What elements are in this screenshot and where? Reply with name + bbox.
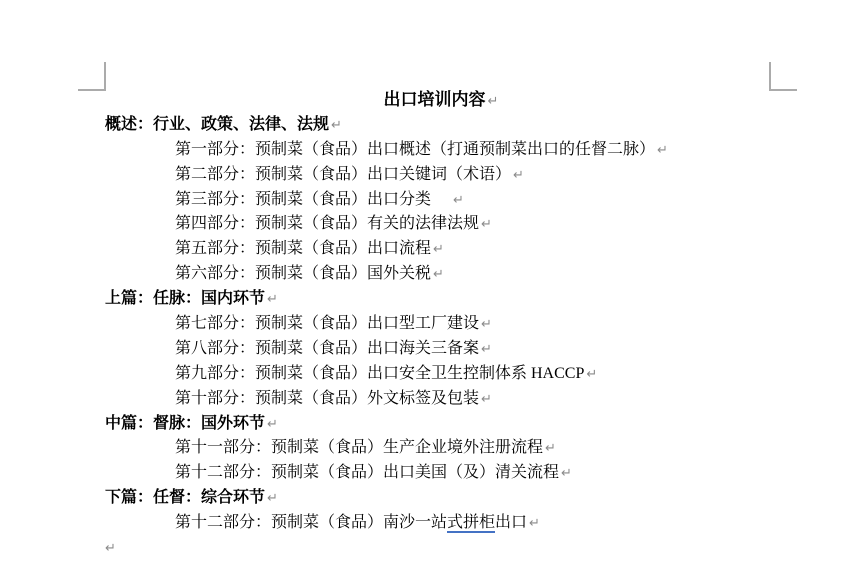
- line-text: 第七部分：预制菜（食品）出口型工厂建设: [175, 315, 479, 332]
- margin-cropmark-top-right: [769, 62, 797, 91]
- section-header-part-two: 中篇：督脉：国外环节↵: [105, 412, 777, 437]
- line-text: 第十部分：预制菜（食品）外文标签及包装: [175, 390, 479, 407]
- list-item-part-12-us: 第十二部分：预制菜（食品）出口美国（及）清关流程↵: [105, 461, 777, 486]
- paragraph-mark-icon: ↵: [657, 143, 668, 158]
- paragraph-mark-icon: ↵: [267, 292, 278, 307]
- paragraph-mark-icon: ↵: [513, 168, 524, 183]
- paragraph-mark-icon: ↵: [331, 118, 342, 133]
- list-item-part-5: 第五部分：预制菜（食品）出口流程↵: [105, 237, 777, 262]
- line-text: 第四部分：预制菜（食品）有关的法律法规: [175, 215, 479, 232]
- list-item-part-11: 第十一部分：预制菜（食品）生产企业境外注册流程↵: [105, 436, 777, 461]
- line-text: 第十一部分：预制菜（食品）生产企业境外注册流程: [175, 439, 543, 456]
- paragraph-mark-icon: ↵: [453, 193, 464, 208]
- line-text: 第十二部分：预制菜（食品）南沙一站: [175, 514, 447, 531]
- paragraph-mark-icon: ↵: [561, 466, 572, 481]
- list-item-part-1: 第一部分：预制菜（食品）出口概述（打通预制菜出口的任督二脉）↵: [105, 138, 777, 163]
- paragraph-mark-icon: ↵: [433, 267, 444, 282]
- line-text: 概述：行业、政策、法律、法规: [105, 116, 329, 133]
- line-text: 下篇：任督：综合环节: [105, 489, 265, 506]
- paragraph-mark-icon: ↵: [481, 342, 492, 357]
- word-document-page[interactable]: 出口培训内容↵ 概述：行业、政策、法律、法规↵ 第一部分：预制菜（食品）出口概述…: [0, 0, 863, 583]
- line-text: 第六部分：预制菜（食品）国外关税: [175, 265, 431, 282]
- list-item-part-2: 第二部分：预制菜（食品）出口关键词（术语）↵: [105, 163, 777, 188]
- document-title: 出口培训内容: [384, 90, 486, 109]
- margin-cropmark-top-left: [78, 62, 106, 91]
- line-text: 第八部分：预制菜（食品）出口海关三备案: [175, 340, 479, 357]
- paragraph-mark-icon: ↵: [481, 317, 492, 332]
- grammar-check-underlined-text: 式拼柜: [447, 514, 495, 533]
- list-item-part-7: 第七部分：预制菜（食品）出口型工厂建设↵: [105, 312, 777, 337]
- line-text: 第十二部分：预制菜（食品）出口美国（及）清关流程: [175, 464, 559, 481]
- paragraph-mark-icon: ↵: [545, 441, 556, 456]
- paragraph-mark-icon: ↵: [481, 217, 492, 232]
- document-title-line: 出口培训内容↵: [105, 88, 777, 113]
- list-item-part-9: 第九部分：预制菜（食品）出口安全卫生控制体系 HACCP↵: [105, 362, 777, 387]
- list-item-part-12-nansha: 第十二部分：预制菜（食品）南沙一站式拼柜出口↵: [105, 511, 777, 536]
- paragraph-mark-icon: ↵: [586, 367, 597, 382]
- list-item-part-8: 第八部分：预制菜（食品）出口海关三备案↵: [105, 337, 777, 362]
- paragraph-mark-icon: ↵: [529, 516, 540, 531]
- list-item-part-4: 第四部分：预制菜（食品）有关的法律法规↵: [105, 212, 777, 237]
- paragraph-mark-icon: ↵: [105, 541, 116, 556]
- paragraph-mark-icon: ↵: [267, 491, 278, 506]
- line-text: 出口: [495, 514, 527, 531]
- section-header-part-one: 上篇：任脉：国内环节↵: [105, 287, 777, 312]
- list-item-part-3: 第三部分：预制菜（食品）出口分类 ↵: [105, 188, 777, 213]
- line-text: 第三部分：预制菜（食品）出口分类: [175, 191, 451, 208]
- line-text: 上篇：任脉：国内环节: [105, 290, 265, 307]
- section-header-overview: 概述：行业、政策、法律、法规↵: [105, 113, 777, 138]
- paragraph-mark-icon: ↵: [488, 94, 499, 109]
- paragraph-mark-icon: ↵: [267, 417, 278, 432]
- list-item-part-6: 第六部分：预制菜（食品）国外关税↵: [105, 262, 777, 287]
- line-text: 中篇：督脉：国外环节: [105, 415, 265, 432]
- line-text: 第五部分：预制菜（食品）出口流程: [175, 240, 431, 257]
- empty-paragraph-line: ↵: [105, 536, 777, 561]
- paragraph-mark-icon: ↵: [481, 392, 492, 407]
- line-text: 第二部分：预制菜（食品）出口关键词（术语）: [175, 166, 511, 183]
- line-text: 第一部分：预制菜（食品）出口概述（打通预制菜出口的任督二脉）: [175, 141, 655, 158]
- line-text: 第九部分：预制菜（食品）出口安全卫生控制体系 HACCP: [175, 365, 584, 382]
- list-item-part-10: 第十部分：预制菜（食品）外文标签及包装↵: [105, 387, 777, 412]
- document-body: 出口培训内容↵ 概述：行业、政策、法律、法规↵ 第一部分：预制菜（食品）出口概述…: [105, 88, 777, 561]
- paragraph-mark-icon: ↵: [433, 242, 444, 257]
- section-header-part-three: 下篇：任督：综合环节↵: [105, 486, 777, 511]
